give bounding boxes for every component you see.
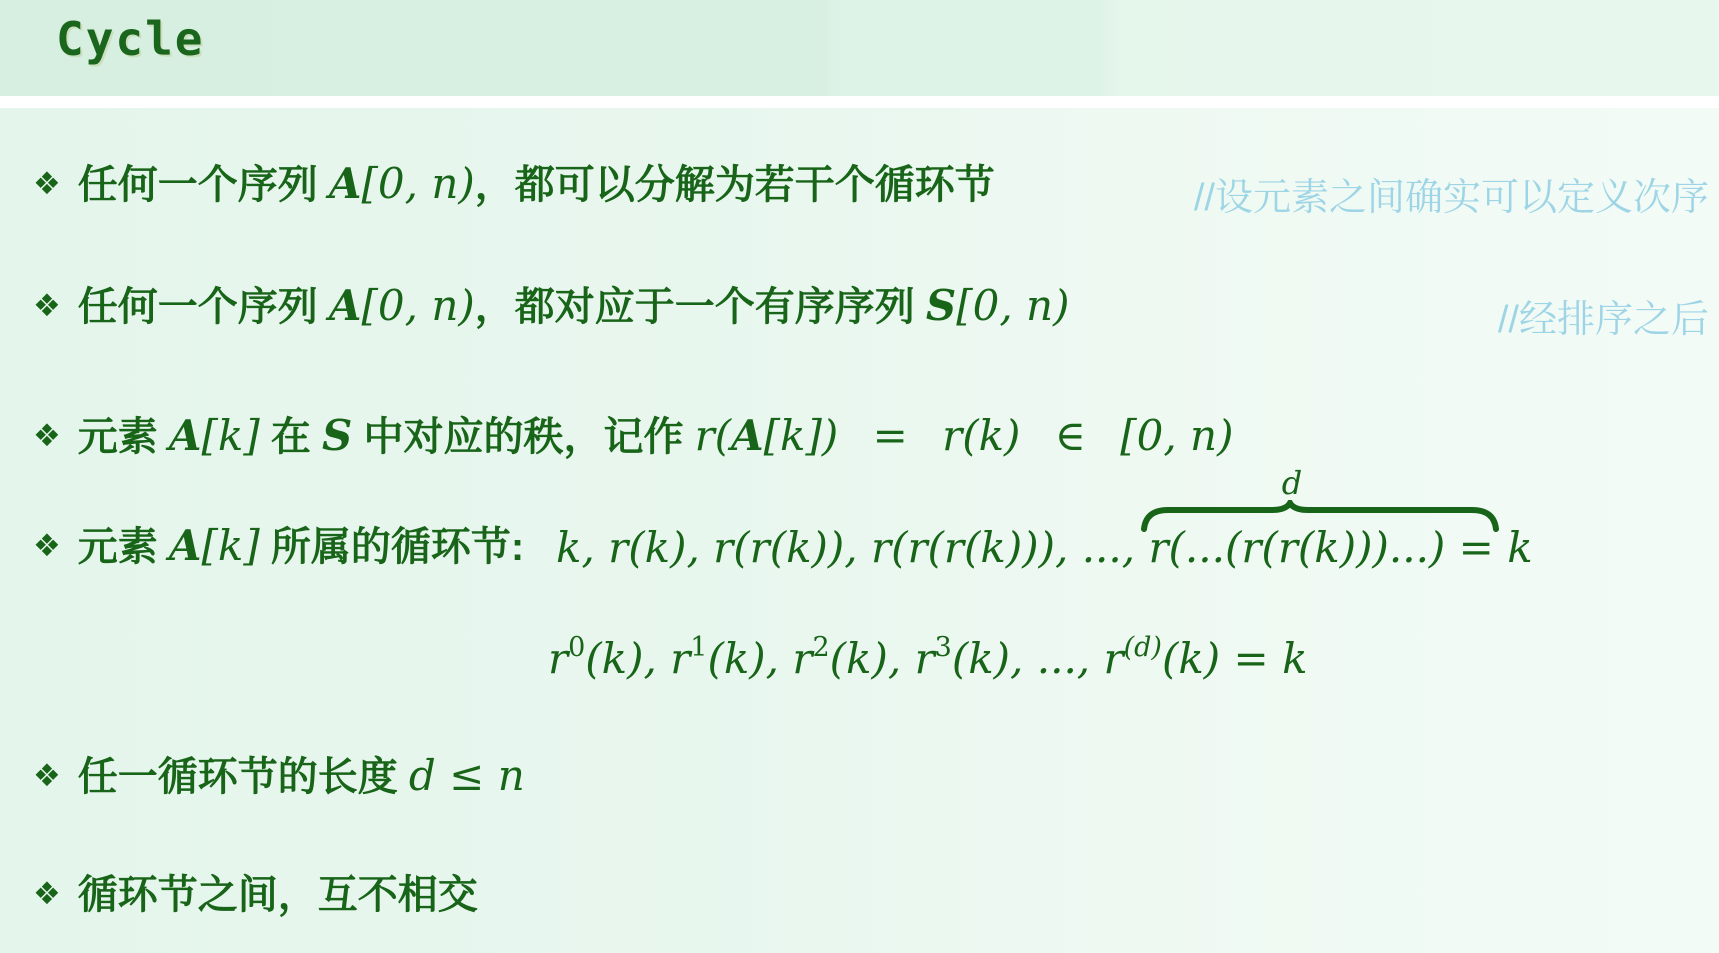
- bullet-text: 循环节之间，互不相交: [78, 895, 478, 912]
- formula-text: k, r(k), r(r(k)), r(r(r(k))), ..., r(...…: [556, 549, 1533, 566]
- bullet-item: ❖元素 A[k] 所属的循环节:: [33, 522, 524, 570]
- brace-d-label: d: [1272, 464, 1312, 502]
- text-segment: d ≤ n: [409, 751, 525, 800]
- text-segment: (k), r: [585, 634, 690, 683]
- bullet-text: 元素 A[k] 在 S 中对应的秩，记作 r(A[k]) = r(k) ∈ [0…: [78, 437, 1234, 454]
- text-segment: (k) = k: [1162, 634, 1308, 683]
- text-segment: S: [926, 281, 956, 330]
- text-segment: 任何一个序列: [78, 163, 329, 207]
- bullet-item: ❖任一循环节的长度 d ≤ n: [33, 752, 525, 800]
- text-segment: (k), r: [830, 634, 935, 683]
- overbrace-icon: [1140, 500, 1500, 532]
- text-segment: [k]: [202, 521, 260, 570]
- text-segment: [k]: [202, 411, 260, 460]
- bullet-diamond-icon: ❖: [33, 758, 61, 794]
- text-segment: [k]) = r(k) ∈ [0, n): [764, 411, 1234, 460]
- bullet-item: ❖任何一个序列 A[0, n)，都对应于一个有序序列 S[0, n): [33, 282, 1069, 330]
- text-segment: A: [731, 411, 764, 460]
- text-segment: [0, n): [362, 159, 475, 208]
- text-segment: A: [329, 281, 362, 330]
- inline-comment: //设元素之间确实可以定义次序: [1194, 166, 1709, 221]
- text-segment: (d): [1124, 632, 1162, 663]
- formula-text: r0(k), r1(k), r2(k), r3(k), ..., r(d)(k)…: [548, 660, 1308, 677]
- text-segment: 元素: [78, 525, 169, 569]
- text-segment: (k), r: [707, 634, 812, 683]
- bullet-diamond-icon: ❖: [33, 876, 61, 912]
- bullet-text: 任何一个序列 A[0, n)，都可以分解为若干个循环节: [78, 185, 995, 202]
- text-segment: 任一循环节的长度: [78, 755, 409, 799]
- text-segment: 中对应的秩，记作: [352, 415, 694, 459]
- bullet-text: 元素 A[k] 所属的循环节:: [78, 547, 524, 564]
- text-segment: A: [329, 159, 362, 208]
- header-divider: [0, 96, 1719, 108]
- slide-title: Cycle: [56, 12, 204, 66]
- text-segment: 所属的循环节:: [260, 525, 524, 569]
- text-segment: 在: [260, 415, 322, 459]
- bullet-diamond-icon: ❖: [33, 166, 61, 202]
- rank-power-formula: r0(k), r1(k), r2(k), r3(k), ..., r(d)(k)…: [548, 632, 1308, 683]
- text-segment: A: [169, 521, 202, 570]
- text-segment: 3: [935, 632, 952, 663]
- text-segment: 任何一个序列: [78, 285, 329, 329]
- bullet-diamond-icon: ❖: [33, 418, 61, 454]
- text-segment: r(: [695, 411, 731, 460]
- text-segment: 0: [568, 632, 585, 663]
- text-segment: [0, n): [956, 281, 1069, 330]
- bullet-item: ❖任何一个序列 A[0, n)，都可以分解为若干个循环节: [33, 160, 995, 208]
- text-segment: ，都对应于一个有序序列: [475, 285, 926, 329]
- text-segment: 元素: [78, 415, 169, 459]
- text-segment: S: [322, 411, 352, 460]
- text-segment: r: [548, 634, 568, 683]
- text-segment: [0, n): [362, 281, 475, 330]
- text-segment: A: [169, 411, 202, 460]
- slide-header: Cycle: [0, 0, 1719, 96]
- text-segment: ，都可以分解为若干个循环节: [475, 163, 995, 207]
- text-segment: 1: [690, 632, 707, 663]
- text-segment: 2: [812, 632, 829, 663]
- text-segment: 循环节之间，互不相交: [78, 873, 478, 917]
- text-segment: (k), ..., r: [952, 634, 1124, 683]
- bullet-item: ❖元素 A[k] 在 S 中对应的秩，记作 r(A[k]) = r(k) ∈ […: [33, 412, 1233, 460]
- bullet-item: ❖循环节之间，互不相交: [33, 872, 478, 918]
- bullet-text: 任何一个序列 A[0, n)，都对应于一个有序序列 S[0, n): [78, 307, 1070, 324]
- bullet-diamond-icon: ❖: [33, 528, 61, 564]
- bullet-diamond-icon: ❖: [33, 288, 61, 324]
- inline-comment: //经排序之后: [1498, 288, 1709, 343]
- bullet-text: 任一循环节的长度 d ≤ n: [78, 777, 525, 794]
